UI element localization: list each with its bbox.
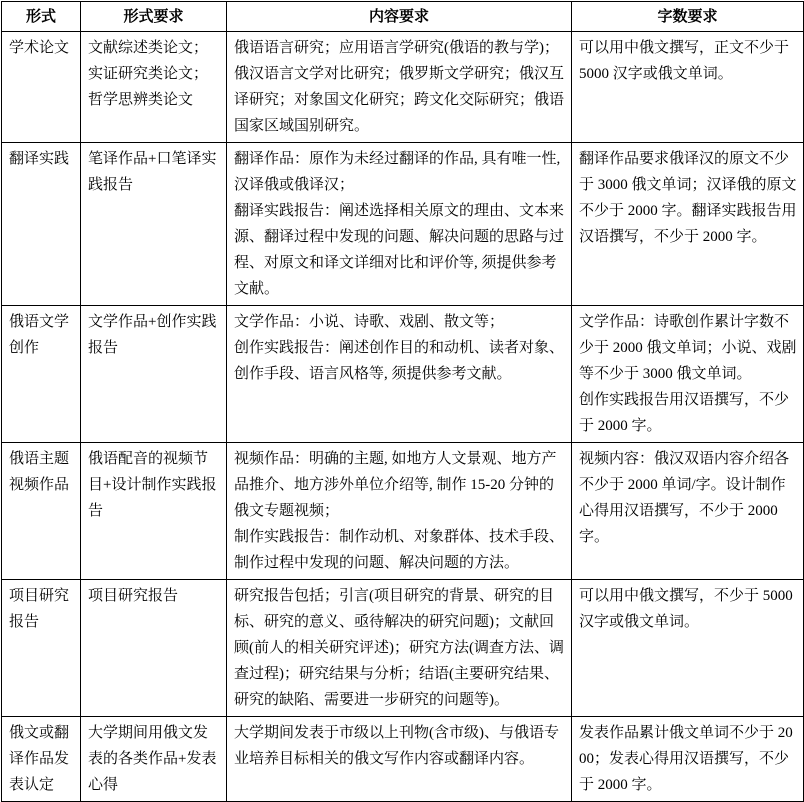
column-header-form-requirements: 形式要求	[81, 2, 227, 32]
cell-form-requirements: 笔译作品+口笔译实践报告	[81, 143, 227, 306]
document-page: 形式 形式要求 内容要求 字数要求 学术论文 文献综述类论文； 实证研究类论文；…	[0, 0, 804, 766]
cell-form: 俄语文学创作	[2, 306, 81, 443]
cell-word-count-requirements: 可以用中俄文撰写，不少于 5000 汉字或俄文单词。	[572, 580, 804, 717]
cell-word-count-requirements: 文学作品：诗歌创作累计字数不少于 2000 俄文单词；小说、戏剧等不少于 300…	[572, 306, 804, 443]
cell-form-requirements: 俄语配音的视频节目+设计制作实践报告	[81, 443, 227, 580]
cell-form: 俄文或翻译作品发表认定	[2, 717, 81, 802]
column-header-content-requirements: 内容要求	[227, 2, 572, 32]
table-row-literary-creation: 俄语文学创作 文学作品+创作实践报告 文学作品：小说、诗歌、戏剧、散文等； 创作…	[2, 306, 804, 443]
column-header-word-count-requirements: 字数要求	[572, 2, 804, 32]
cell-form: 项目研究报告	[2, 580, 81, 717]
cell-content-requirements: 俄语语言研究；应用语言学研究(俄语的教与学)；俄汉语言文学对比研究；俄罗斯文学研…	[227, 32, 572, 143]
cell-word-count-requirements: 视频内容：俄汉双语内容介绍各不少于 2000 单词/字。设计制作心得用汉语撰写，…	[572, 443, 804, 580]
cell-form: 学术论文	[2, 32, 81, 143]
cell-form-requirements: 大学期间用俄文发表的各类作品+发表心得	[81, 717, 227, 802]
requirements-table: 形式 形式要求 内容要求 字数要求 学术论文 文献综述类论文； 实证研究类论文；…	[1, 1, 804, 802]
cell-form: 翻译实践	[2, 143, 81, 306]
cell-word-count-requirements: 可以用中俄文撰写，正文不少于 5000 汉字或俄文单词。	[572, 32, 804, 143]
table-row-video-works: 俄语主题视频作品 俄语配音的视频节目+设计制作实践报告 视频作品：明确的主题, …	[2, 443, 804, 580]
cell-content-requirements: 研究报告包括；引言(项目研究的背景、研究的目标、研究的意义、亟待解决的研究问题)…	[227, 580, 572, 717]
cell-content-requirements: 大学期间发表于市级以上刊物(含市级)、与俄语专业培养目标相关的俄文写作内容或翻译…	[227, 717, 572, 802]
cell-word-count-requirements: 发表作品累计俄文单词不少于 2000；发表心得用汉语撰写，不少于 2000 字。	[572, 717, 804, 802]
table-row-project-research-report: 项目研究报告 项目研究报告 研究报告包括；引言(项目研究的背景、研究的目标、研究…	[2, 580, 804, 717]
header-row: 形式 形式要求 内容要求 字数要求	[2, 2, 804, 32]
cell-content-requirements: 视频作品：明确的主题, 如地方人文景观、地方产品推介、地方涉外单位介绍等, 制作…	[227, 443, 572, 580]
cell-form: 俄语主题视频作品	[2, 443, 81, 580]
cell-content-requirements: 翻译作品：原作为未经过翻译的作品, 具有唯一性, 汉译俄或俄译汉； 翻译实践报告…	[227, 143, 572, 306]
cell-form-requirements: 项目研究报告	[81, 580, 227, 717]
cell-form-requirements: 文学作品+创作实践报告	[81, 306, 227, 443]
cell-content-requirements: 文学作品：小说、诗歌、戏剧、散文等； 创作实践报告：阐述创作目的和动机、读者对象…	[227, 306, 572, 443]
cell-word-count-requirements: 翻译作品要求俄译汉的原文不少于 3000 俄文单词；汉译俄的原文不少于 2000…	[572, 143, 804, 306]
table-row-translation-practice: 翻译实践 笔译作品+口笔译实践报告 翻译作品：原作为未经过翻译的作品, 具有唯一…	[2, 143, 804, 306]
cell-form-requirements: 文献综述类论文； 实证研究类论文； 哲学思辨类论文	[81, 32, 227, 143]
column-header-form: 形式	[2, 2, 81, 32]
table-row-academic-paper: 学术论文 文献综述类论文； 实证研究类论文； 哲学思辨类论文 俄语语言研究；应用…	[2, 32, 804, 143]
table-row-published-works: 俄文或翻译作品发表认定 大学期间用俄文发表的各类作品+发表心得 大学期间发表于市…	[2, 717, 804, 802]
